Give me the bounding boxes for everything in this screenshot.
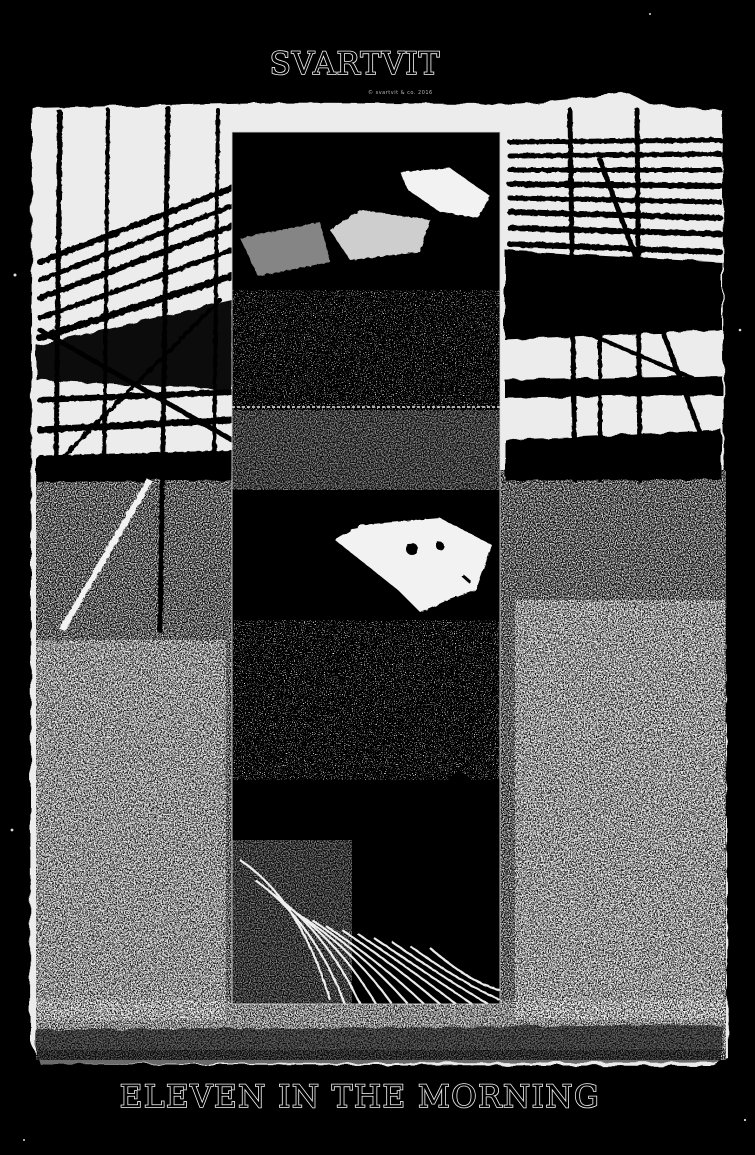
album-title: ELEVEN IN THE MORNING [120, 1079, 601, 1115]
artist-title-block: SVARTVIT [250, 40, 460, 88]
album-title-block: ELEVEN IN THE MORNING [80, 1068, 640, 1126]
artist-name: SVARTVIT [270, 46, 441, 82]
credit-line: © svartvit & co. 2016 [368, 90, 433, 96]
album-cover: SVARTVIT © svartvit & co. 2016 ELEVEN IN… [0, 0, 755, 1155]
cover-artwork [0, 0, 755, 1155]
inset-photo [232, 132, 500, 1010]
